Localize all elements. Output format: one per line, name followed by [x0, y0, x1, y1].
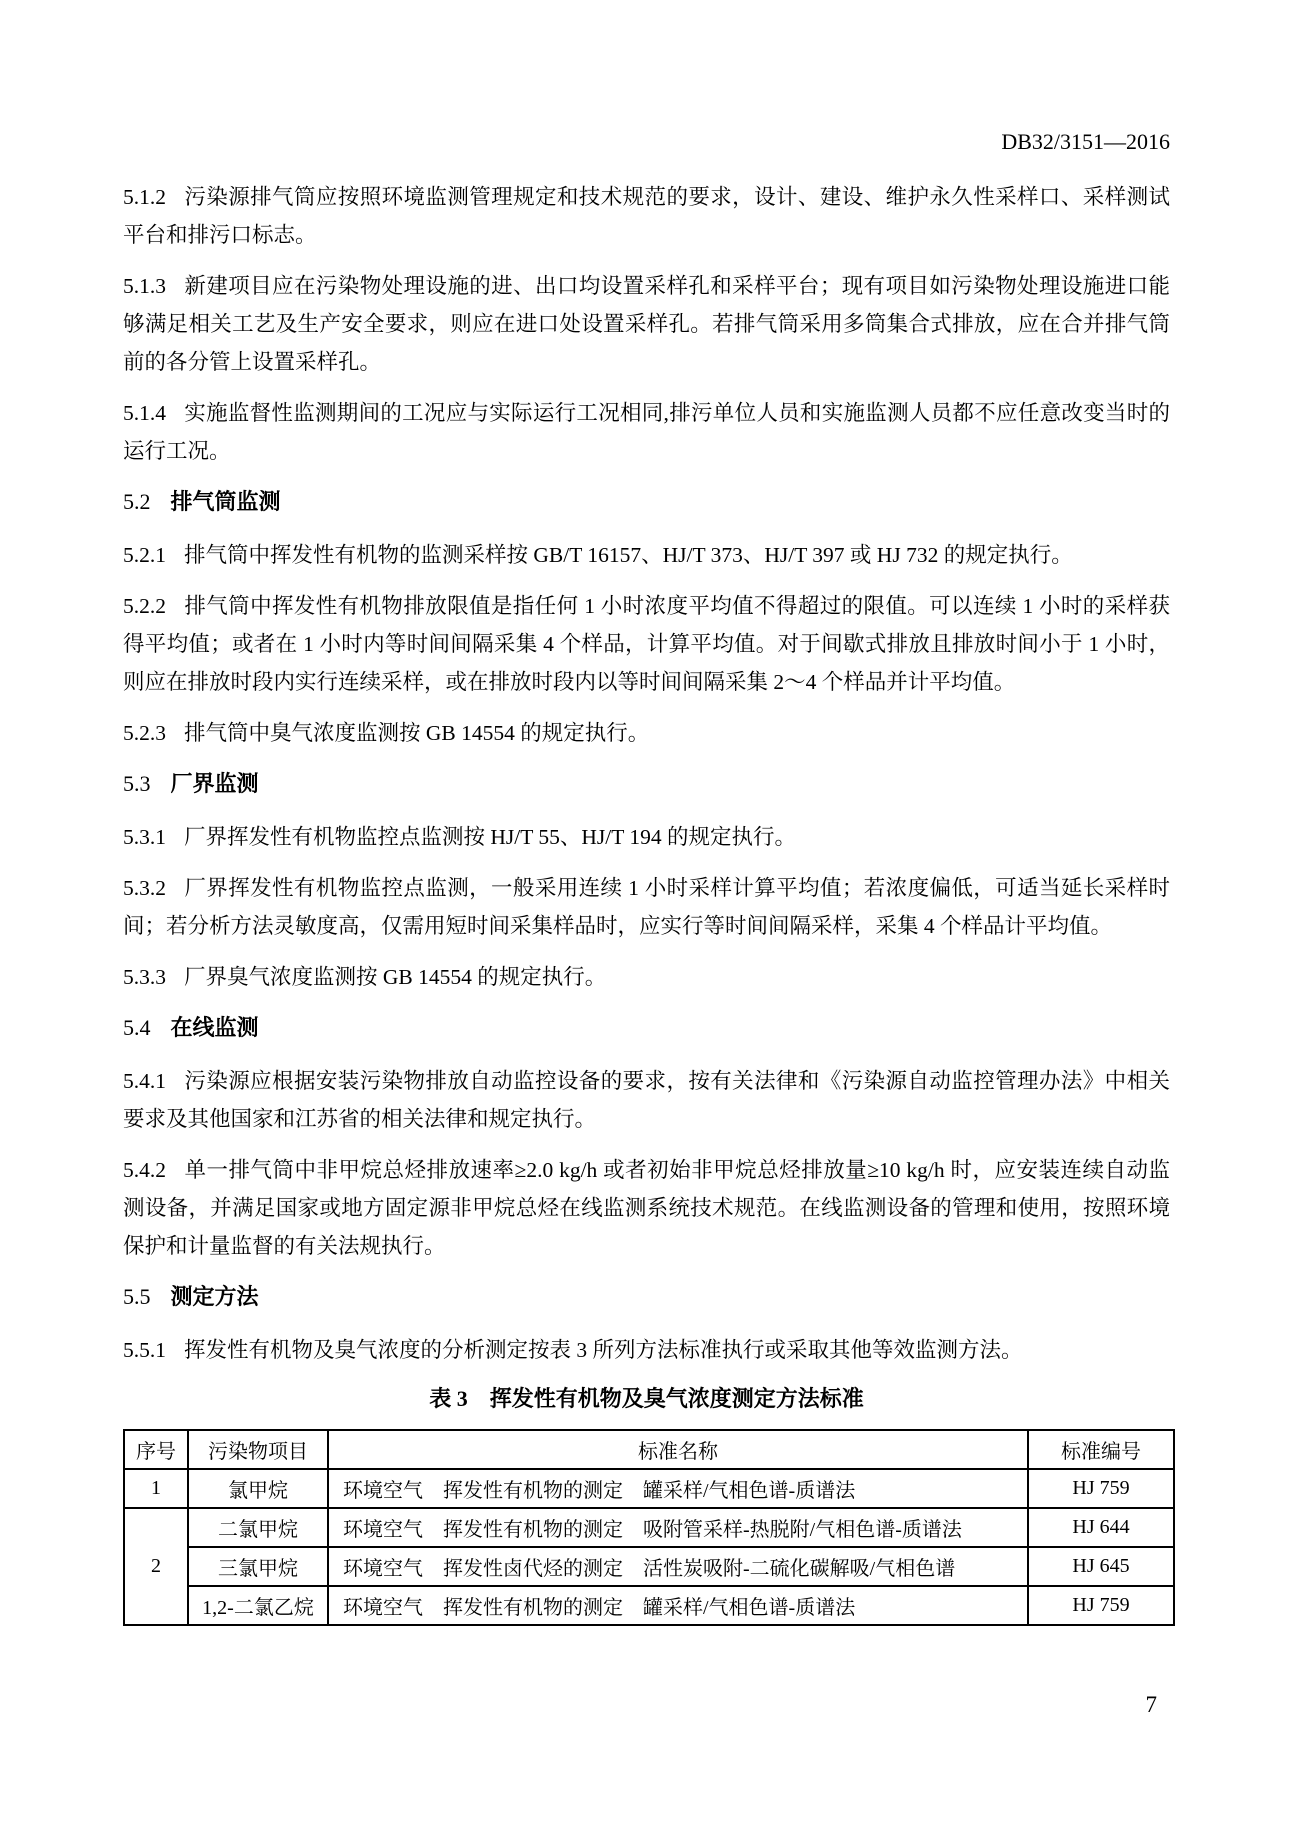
paragraph-5-1-2: 5.1.2污染源排气筒应按照环境监测管理规定和技术规范的要求，设计、建设、维护永… [123, 178, 1170, 254]
section-number: 5.4 [123, 1009, 151, 1047]
section-title: 测定方法 [171, 1284, 259, 1309]
cell-standard-name: 环境空气 挥发性卤代烃的测定 活性炭吸附-二硫化碳解吸/气相色谱 [328, 1547, 1028, 1586]
table-caption: 表 3 挥发性有机物及臭气浓度测定方法标准 [123, 1382, 1170, 1413]
cell-standard-name: 环境空气 挥发性有机物的测定 吸附管采样-热脱附/气相色谱-质谱法 [328, 1508, 1028, 1547]
section-number: 5.2.3 [123, 714, 166, 752]
section-text: 厂界挥发性有机物监控点监测，一般采用连续 1 小时采样计算平均值；若浓度偏低，可… [123, 876, 1170, 938]
table-caption-title: 挥发性有机物及臭气浓度测定方法标准 [490, 1386, 864, 1411]
table-caption-number: 表 3 [429, 1386, 468, 1411]
section-number: 5.1.4 [123, 394, 166, 432]
section-title: 在线监测 [171, 1015, 259, 1040]
section-number: 5.5.1 [123, 1331, 166, 1369]
table-row: 三氯甲烷 环境空气 挥发性卤代烃的测定 活性炭吸附-二硫化碳解吸/气相色谱 HJ… [124, 1547, 1174, 1586]
page-number: 7 [1146, 1692, 1158, 1718]
paragraph-5-3-3: 5.3.3厂界臭气浓度监测按 GB 14554 的规定执行。 [123, 958, 1170, 996]
section-text: 实施监督性监测期间的工况应与实际运行工况相同,排污单位人员和实施监测人员都不应任… [123, 401, 1170, 463]
table-row: 2 二氯甲烷 环境空气 挥发性有机物的测定 吸附管采样-热脱附/气相色谱-质谱法… [124, 1508, 1174, 1547]
section-text: 污染源应根据安装污染物排放自动监控设备的要求，按有关法律和《污染源自动监控管理办… [123, 1069, 1170, 1131]
cell-index: 2 [124, 1508, 188, 1625]
section-title: 排气筒监测 [171, 489, 281, 514]
caption-spacer [468, 1386, 490, 1411]
section-number: 5.1.3 [123, 267, 166, 305]
heading-5-2: 5.2排气筒监测 [123, 483, 1170, 521]
section-text: 排气筒中臭气浓度监测按 GB 14554 的规定执行。 [184, 721, 649, 745]
header-cell-index: 序号 [124, 1430, 188, 1469]
cell-standard-no: HJ 759 [1028, 1469, 1174, 1508]
document-page: DB32/3151—2016 5.1.2污染源排气筒应按照环境监测管理规定和技术… [0, 0, 1292, 1836]
paragraph-5-2-3: 5.2.3排气筒中臭气浓度监测按 GB 14554 的规定执行。 [123, 714, 1170, 752]
section-number: 5.2.2 [123, 587, 166, 625]
paragraph-5-4-2: 5.4.2单一排气筒中非甲烷总烃排放速率≥2.0 kg/h 或者初始非甲烷总烃排… [123, 1151, 1170, 1265]
section-number: 5.4.1 [123, 1062, 166, 1100]
cell-pollutant: 1,2-二氯乙烷 [188, 1586, 328, 1625]
cell-standard-name: 环境空气 挥发性有机物的测定 罐采样/气相色谱-质谱法 [328, 1586, 1028, 1625]
heading-5-3: 5.3厂界监测 [123, 765, 1170, 803]
section-number: 5.5 [123, 1278, 151, 1316]
section-number: 5.4.2 [123, 1151, 166, 1189]
table-row: 1,2-二氯乙烷 环境空气 挥发性有机物的测定 罐采样/气相色谱-质谱法 HJ … [124, 1586, 1174, 1625]
section-text: 排气筒中挥发性有机物的监测采样按 GB/T 16157、HJ/T 373、HJ/… [184, 543, 1073, 567]
heading-5-5: 5.5测定方法 [123, 1278, 1170, 1316]
cell-standard-name: 环境空气 挥发性有机物的测定 罐采样/气相色谱-质谱法 [328, 1469, 1028, 1508]
section-number: 5.3.1 [123, 818, 166, 856]
section-title: 厂界监测 [171, 771, 259, 796]
cell-pollutant: 三氯甲烷 [188, 1547, 328, 1586]
section-text: 厂界臭气浓度监测按 GB 14554 的规定执行。 [184, 965, 606, 989]
header-cell-pollutant: 污染物项目 [188, 1430, 328, 1469]
header-cell-standard-name: 标准名称 [328, 1430, 1028, 1469]
heading-5-4: 5.4在线监测 [123, 1009, 1170, 1047]
section-text: 排气筒中挥发性有机物排放限值是指任何 1 小时浓度平均值不得超过的限值。可以连续… [123, 594, 1170, 694]
cell-pollutant: 二氯甲烷 [188, 1508, 328, 1547]
cell-standard-no: HJ 644 [1028, 1508, 1174, 1547]
section-number: 5.3.3 [123, 958, 166, 996]
cell-standard-no: HJ 645 [1028, 1547, 1174, 1586]
paragraph-5-3-1: 5.3.1厂界挥发性有机物监控点监测按 HJ/T 55、HJ/T 194 的规定… [123, 818, 1170, 856]
cell-index: 1 [124, 1469, 188, 1508]
paragraph-5-2-1: 5.2.1排气筒中挥发性有机物的监测采样按 GB/T 16157、HJ/T 37… [123, 536, 1170, 574]
cell-standard-no: HJ 759 [1028, 1586, 1174, 1625]
cell-pollutant: 氯甲烷 [188, 1469, 328, 1508]
section-number: 5.2 [123, 483, 151, 521]
paragraph-5-2-2: 5.2.2排气筒中挥发性有机物排放限值是指任何 1 小时浓度平均值不得超过的限值… [123, 587, 1170, 701]
section-text: 挥发性有机物及臭气浓度的分析测定按表 3 所列方法标准执行或采取其他等效监测方法… [184, 1338, 1023, 1362]
table-header-row: 序号 污染物项目 标准名称 标准编号 [124, 1430, 1174, 1469]
section-text: 单一排气筒中非甲烷总烃排放速率≥2.0 kg/h 或者初始非甲烷总烃排放量≥10… [123, 1158, 1170, 1258]
paragraph-5-3-2: 5.3.2厂界挥发性有机物监控点监测，一般采用连续 1 小时采样计算平均值；若浓… [123, 869, 1170, 945]
section-text: 新建项目应在污染物处理设施的进、出口均设置采样孔和采样平台；现有项目如污染物处理… [123, 274, 1170, 374]
table-row: 1 氯甲烷 环境空气 挥发性有机物的测定 罐采样/气相色谱-质谱法 HJ 759 [124, 1469, 1174, 1508]
section-text: 污染源排气筒应按照环境监测管理规定和技术规范的要求，设计、建设、维护永久性采样口… [123, 185, 1170, 247]
section-number: 5.2.1 [123, 536, 166, 574]
paragraph-5-4-1: 5.4.1污染源应根据安装污染物排放自动监控设备的要求，按有关法律和《污染源自动… [123, 1062, 1170, 1138]
header-cell-standard-no: 标准编号 [1028, 1430, 1174, 1469]
standard-code-header: DB32/3151—2016 [123, 130, 1170, 154]
section-number: 5.1.2 [123, 178, 166, 216]
section-number: 5.3 [123, 765, 151, 803]
paragraph-5-1-3: 5.1.3新建项目应在污染物处理设施的进、出口均设置采样孔和采样平台；现有项目如… [123, 267, 1170, 381]
paragraph-5-5-1: 5.5.1挥发性有机物及臭气浓度的分析测定按表 3 所列方法标准执行或采取其他等… [123, 1331, 1170, 1369]
section-text: 厂界挥发性有机物监控点监测按 HJ/T 55、HJ/T 194 的规定执行。 [184, 825, 796, 849]
methods-table: 序号 污染物项目 标准名称 标准编号 1 氯甲烷 环境空气 挥发性有机物的测定 … [123, 1429, 1175, 1626]
section-number: 5.3.2 [123, 869, 166, 907]
paragraph-5-1-4: 5.1.4实施监督性监测期间的工况应与实际运行工况相同,排污单位人员和实施监测人… [123, 394, 1170, 470]
